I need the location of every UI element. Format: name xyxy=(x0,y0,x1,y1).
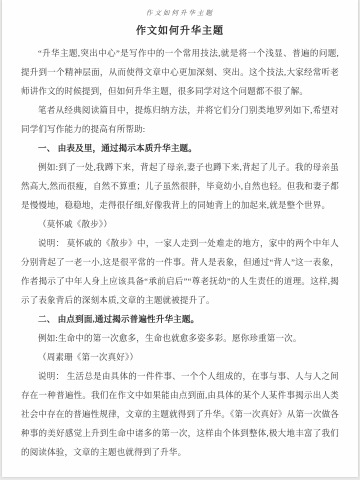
page-header: 作文如何升华主题 xyxy=(21,8,339,17)
citation-diyici: （周素珊《第一次真好》） xyxy=(21,348,339,367)
paragraph-purpose: 笔者从经典阅读篇目中，提炼归纳方法，并将它们分门别类地罗列如下,希望对同学们写作… xyxy=(21,101,339,139)
section-heading-1: 一、 由表及里，通过揭示本质升华主题。 xyxy=(21,139,339,158)
paragraph-intro: “升华主题,突出中心”是写作中的一个常用技法,就是将一个浅显、普遍的问题,提升到… xyxy=(21,44,339,101)
explanation-paragraph-1: 说明： 莫怀戚的《散步》中，一家人走到一处难走的地方，家中的两个中年人分别背起了… xyxy=(21,234,339,310)
explanation-paragraph-2: 说明： 生活总是由具体的一件件事、一个个人组成的，在事与事、人与人之间存在一种普… xyxy=(21,367,339,462)
citation-sanbu: （莫怀戚《散步》） xyxy=(21,215,339,234)
document-title: 作文如何升华主题 xyxy=(21,22,339,37)
example-paragraph-2: 例如:生命中的第一次愈多，生命也就愈多姿多彩。愿你珍重第一次。 xyxy=(21,329,339,348)
example-paragraph-1: 例如:到了一处,我蹲下来，背起了母亲,妻子也蹲下来,背起了儿子。我的母亲虽然高大… xyxy=(21,158,339,215)
section-heading-2: 二、 由点到面,通过揭示普遍性升华主题。 xyxy=(21,310,339,329)
document-page: 作文如何升华主题 作文如何升华主题 “升华主题,突出中心”是写作中的一个常用技法… xyxy=(2,0,358,477)
